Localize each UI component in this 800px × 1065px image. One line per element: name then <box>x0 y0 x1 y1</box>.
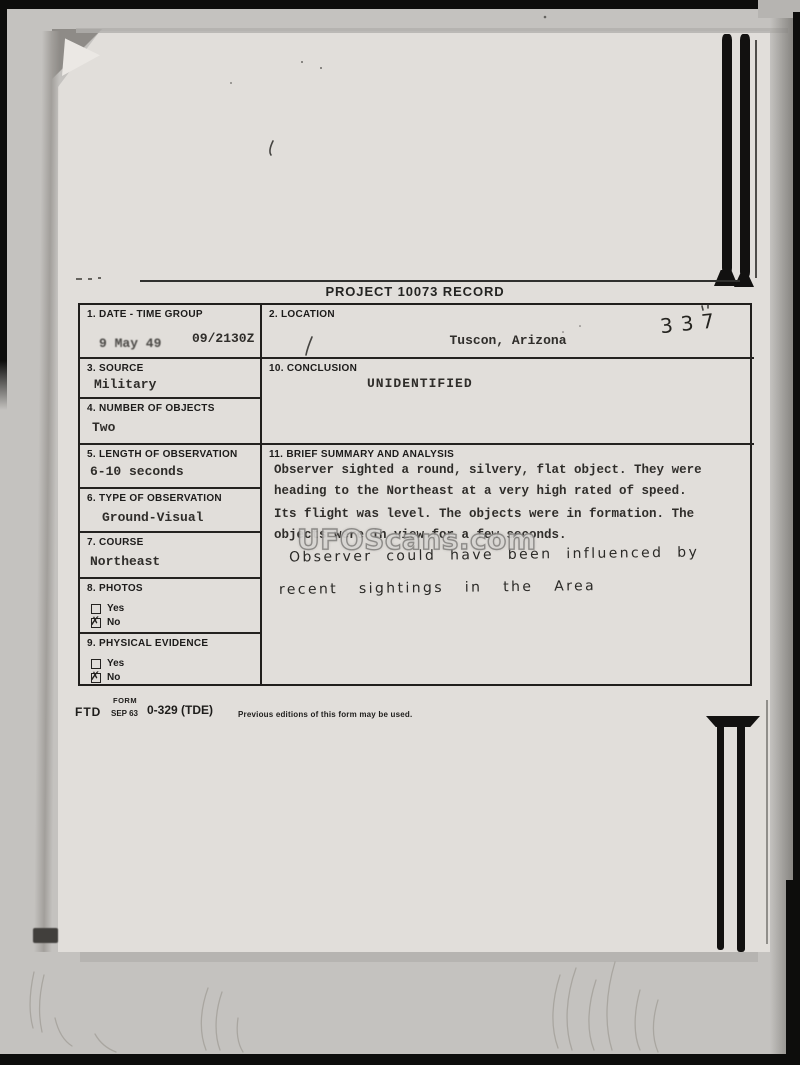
checkbox-mark: ✗ <box>90 614 100 628</box>
checkbox-mark: ✗ <box>90 669 100 683</box>
binding-mark-bottom-bar <box>717 724 724 950</box>
field-physical-evidence: 9. PHYSICAL EVIDENCE Yes ✗ No <box>80 634 260 684</box>
type-of-observation-value: Ground-Visual <box>102 510 203 525</box>
checkbox-icon <box>91 604 101 614</box>
header-rule <box>140 280 740 282</box>
field-brief-summary: 11. BRIEF SUMMARY AND ANALYSIS Observer … <box>262 445 754 683</box>
binding-mark-top-thin-line <box>755 40 757 278</box>
field-label: 8. PHOTOS <box>87 583 143 594</box>
ink-blot <box>33 928 58 943</box>
field-course: 7. COURSE Northeast <box>80 533 260 579</box>
summary-paragraph: Observer sighted a round, silvery, flat … <box>274 460 736 502</box>
checkbox-label: No <box>107 672 120 683</box>
watermark: UFOScans.com <box>297 523 537 556</box>
number-of-objects-value: Two <box>92 420 115 435</box>
footer-form-note: Previous editions of this form may be us… <box>238 710 412 719</box>
field-label: 5. LENGTH OF OBSERVATION <box>87 449 238 460</box>
conclusion-value: UNIDENTIFIED <box>367 376 473 391</box>
field-length-of-observation: 5. LENGTH OF OBSERVATION 6-10 seconds <box>80 445 260 489</box>
binding-mark-bottom-bar <box>737 724 745 952</box>
scan-edge-top <box>0 0 758 9</box>
checkbox-label: Yes <box>107 658 124 669</box>
field-label: 3. SOURCE <box>87 363 144 374</box>
field-label: 7. COURSE <box>87 537 144 548</box>
scan-edge-left <box>0 0 7 410</box>
field-type-of-observation: 6. TYPE OF OBSERVATION Ground-Visual <box>80 489 260 533</box>
field-label: 9. PHYSICAL EVIDENCE <box>87 638 208 649</box>
page-bottom-edge-shadow <box>80 952 758 962</box>
binding-mark-bottom-thin-line <box>766 700 768 944</box>
record-form-table: 1. DATE - TIME GROUP 9 May 49 09/2130Z 3… <box>78 303 752 686</box>
checkbox-label: No <box>107 617 120 628</box>
scan-edge-bottom <box>0 1054 800 1065</box>
checkbox-icon <box>91 659 101 669</box>
date-value: 9 May 49 <box>99 336 161 351</box>
field-label: 11. BRIEF SUMMARY AND ANALYSIS <box>269 449 454 460</box>
field-label: 10. CONCLUSION <box>269 363 357 374</box>
page-top-edge-shadow <box>76 28 788 33</box>
length-of-observation-value: 6-10 seconds <box>90 464 184 479</box>
handwritten-analysis-line: recent sightings in the Area <box>279 578 596 598</box>
binding-mark-top-bar <box>740 34 750 278</box>
field-label: 4. NUMBER OF OBJECTS <box>87 403 215 414</box>
course-value: Northeast <box>90 554 160 569</box>
scan-edge-right-lower <box>786 880 800 1054</box>
footer-form-caption: FORM <box>113 696 137 705</box>
document-title: PROJECT 10073 RECORD <box>78 284 752 299</box>
footer-form-date: SEP 63 <box>111 709 138 718</box>
field-label: 1. DATE - TIME GROUP <box>87 309 203 320</box>
source-value: Military <box>94 377 156 392</box>
field-number-of-objects: 4. NUMBER OF OBJECTS Two <box>80 399 260 445</box>
time-value: 09/2130Z <box>192 331 254 346</box>
field-conclusion: 10. CONCLUSION UNIDENTIFIED <box>262 359 754 445</box>
field-date-time-group: 1. DATE - TIME GROUP 9 May 49 09/2130Z <box>80 305 260 359</box>
page-left-edge-shadow <box>34 31 60 952</box>
field-label: 6. TYPE OF OBSERVATION <box>87 493 222 504</box>
scanned-document-page: PROJECT 10073 RECORD 1. DATE - TIME GROU… <box>0 0 800 1065</box>
binding-mark-top-bar <box>722 34 732 274</box>
checkbox-label: Yes <box>107 603 124 614</box>
footer-form-agency: FTD <box>75 705 101 719</box>
field-photos: 8. PHOTOS Yes ✗ No <box>80 579 260 634</box>
field-label: 2. LOCATION <box>269 309 335 320</box>
field-source: 3. SOURCE Military <box>80 359 260 399</box>
footer-form-number: 0-329 (TDE) <box>147 703 213 717</box>
